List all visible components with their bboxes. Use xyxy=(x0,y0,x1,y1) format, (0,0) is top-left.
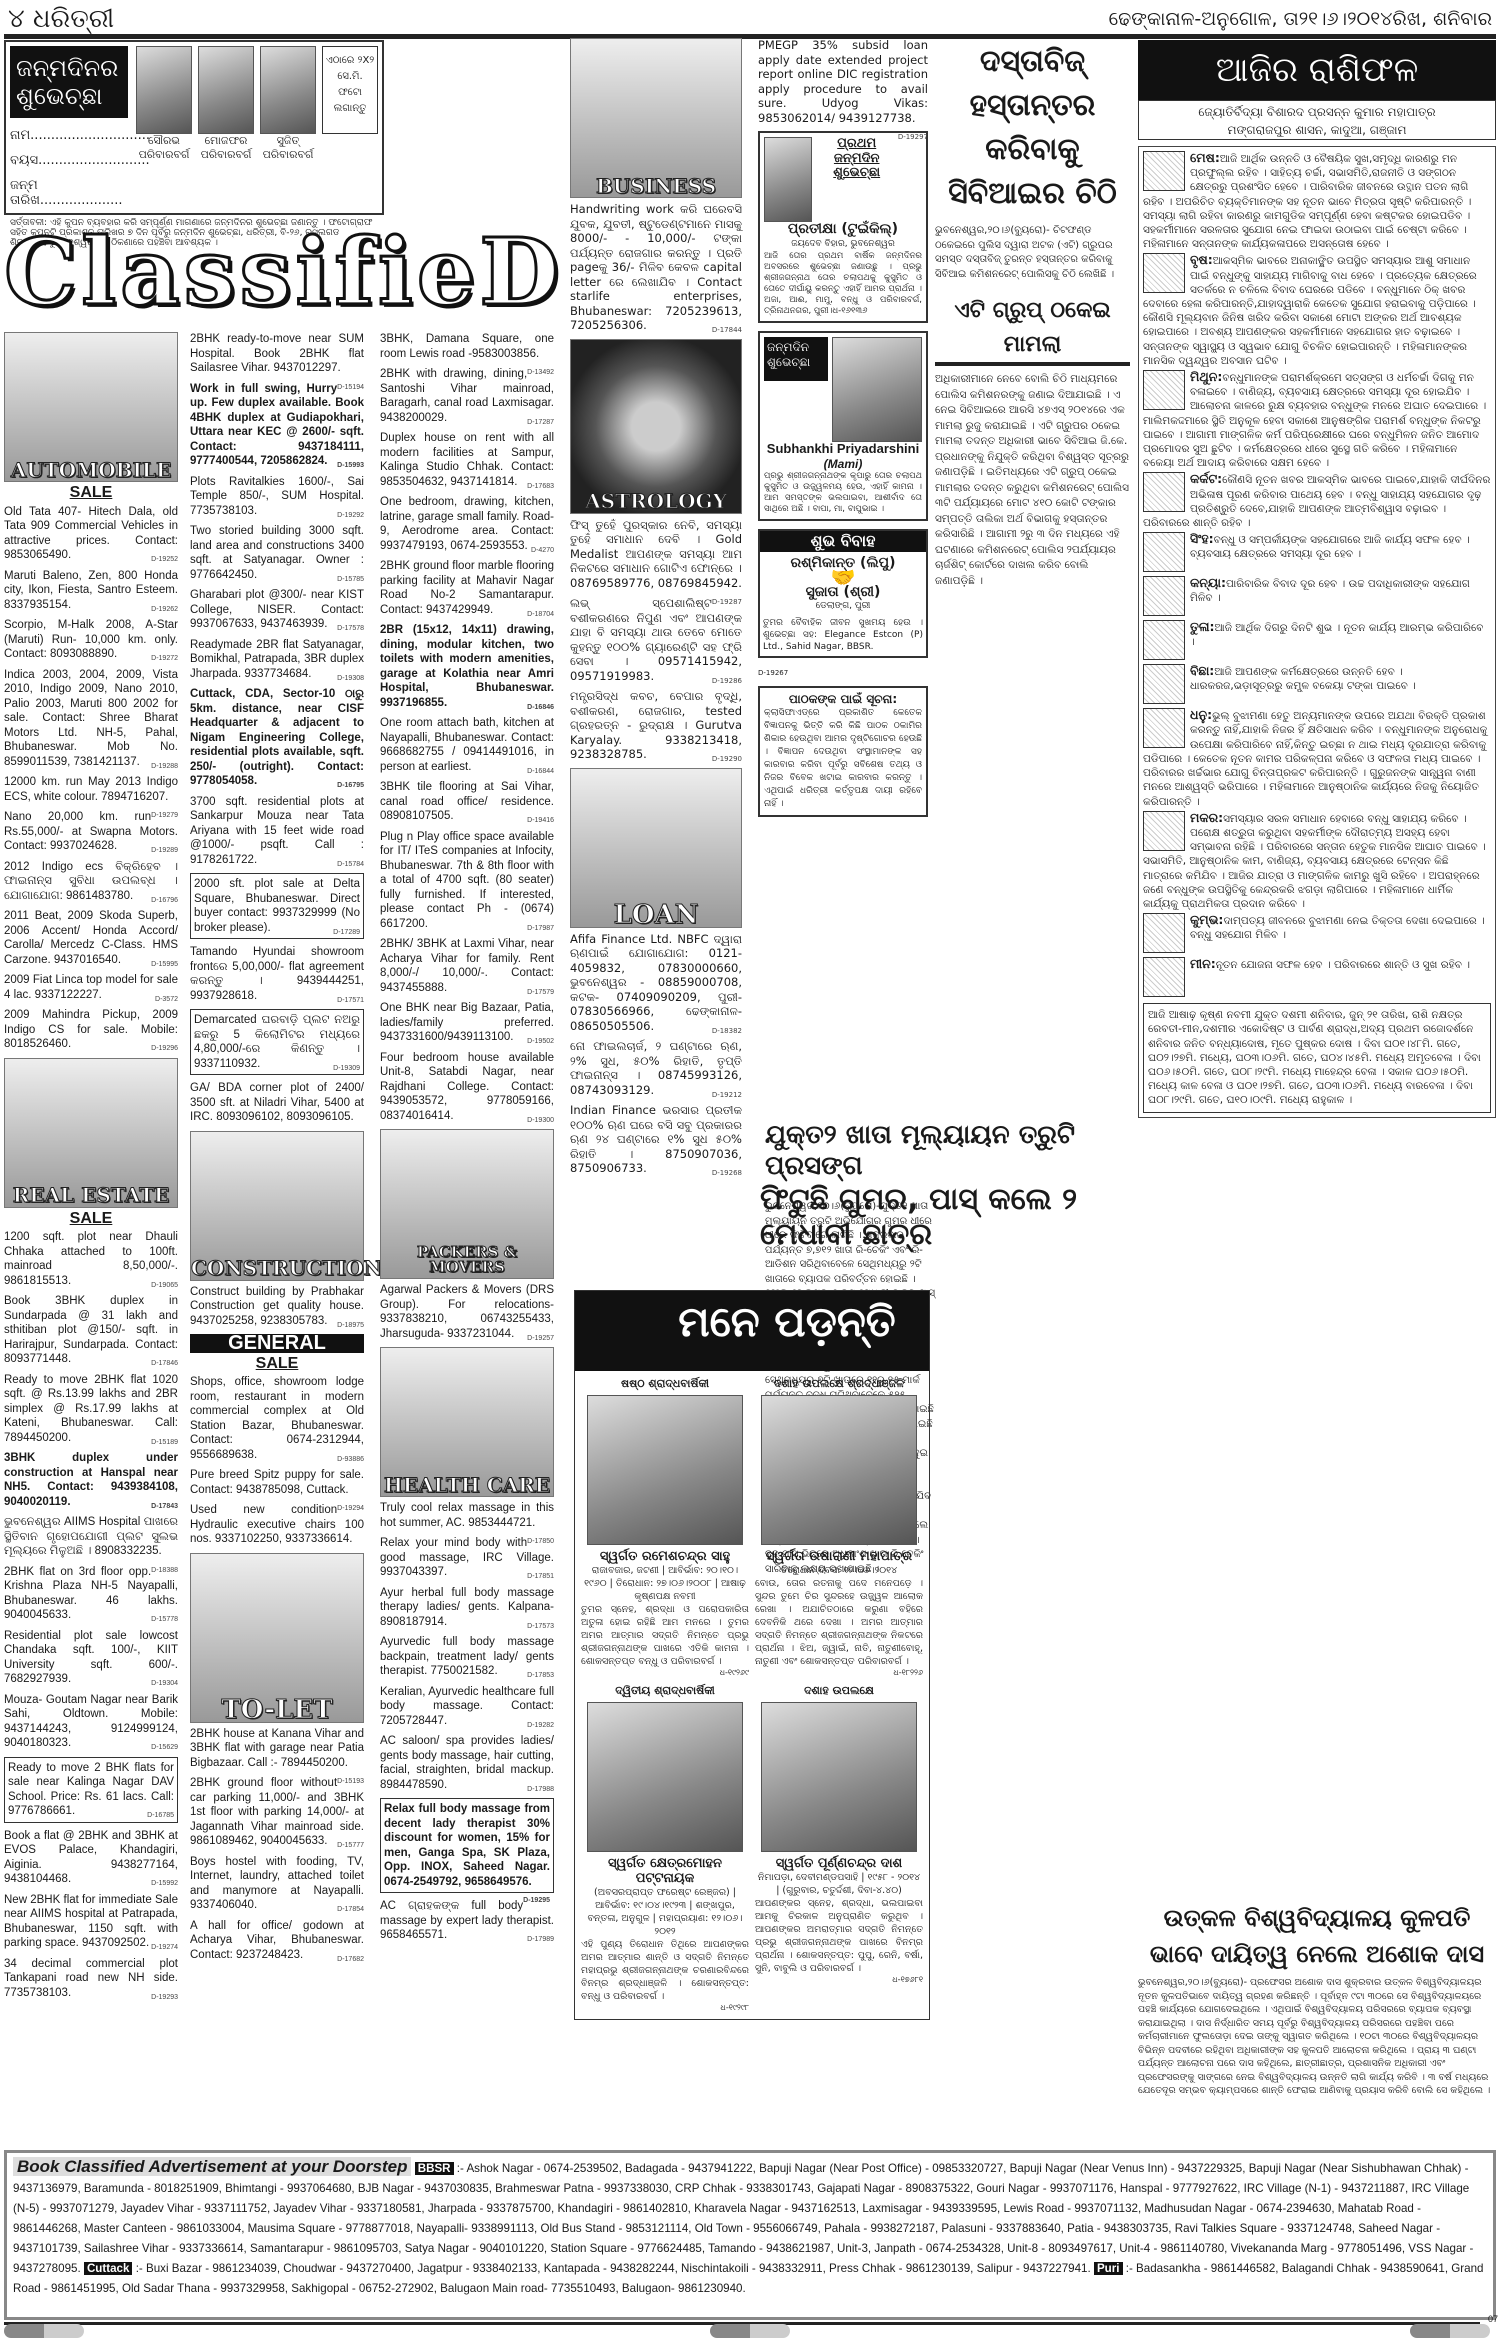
first-birthday-card: ପ୍ରଥମ ଜନ୍ମଦିନ ଶୁଭେଚ୍ଛା ପ୍ରତୀକ୍ଷା (ଟୁଇଁକି… xyxy=(758,131,928,323)
astrology-banner: ASTROLOGY xyxy=(570,339,742,514)
horoscope-sign: ମକର:ସମସ୍ୟାର ସରଳ ସମାଧାନ ହେବାରେ ବନ୍ଧୁ ସାହା… xyxy=(1143,811,1491,911)
zodiac-icon xyxy=(1143,151,1185,191)
coupon-title: ଜନ୍ମଦିନର ଶୁଭେଚ୍ଛା xyxy=(10,46,128,118)
classified-ad: 2009 Fiat Linca top model for sale 4 lac… xyxy=(4,973,178,1002)
classified-ad: Old Tata 407- Hitech Dala, old Tata 909 … xyxy=(4,505,178,563)
horoscope-title: ଆଜିର ରାଶିଫଳ xyxy=(1138,40,1496,100)
real-estate-banner: REAL ESTATE xyxy=(4,1058,178,1208)
classified-ad: ମନ୍ତ୍ରସିଦ୍ଧ କବଚ, ବେପାର ବୃଦ୍ଧି, ବଶୀକରଣ, ର… xyxy=(570,689,742,762)
classified-ad: Boys hostel with fooding, TV, Internet, … xyxy=(190,1855,364,1913)
classified-ad: Keralian, Ayurvedic healthcare full body… xyxy=(380,1685,554,1729)
horoscope-list: ମେଷ:ଆଜି ଆର୍ଥିକ ଉନ୍ନତି ଓ ବୈଷୟିକ ସୁଖ,ସମୃଦ୍… xyxy=(1138,146,1496,1118)
classified-ad: Handwriting work କରି ଘରେବସି ଯୁବକ, ଯୁବତୀ,… xyxy=(570,202,742,333)
birthday-card-2: ଜନ୍ମଦିନ ଶୁଭେଚ୍ଛା Subhankhi Priyadarshini… xyxy=(758,331,928,521)
classified-ad: 3BHK duplex under construction at Hanspa… xyxy=(4,1451,178,1509)
classified-logo: ClassifieD xyxy=(4,222,560,322)
classified-ad: ଭୁବନେଶ୍ୱର AIIMS Hospital ପାଖରେ ସ୍ଥିତିବାନ… xyxy=(4,1515,178,1559)
child-photo-2 xyxy=(198,46,254,134)
classified-ad: Relax full body massage from decent lady… xyxy=(380,1798,554,1893)
classified-ad: Gharabari plot @300/- near KIST College,… xyxy=(190,588,364,632)
classified-ad: Scorpio, M-Halk 2008, A-Star (Maruti) Ru… xyxy=(4,618,178,662)
zodiac-icon xyxy=(1143,253,1185,293)
zodiac-icon xyxy=(1143,811,1185,851)
child-photo-1 xyxy=(136,46,192,134)
horoscope-sign: କର୍କଟ:କୌଣସି ନୂତନ ଖବର ଆକସ୍ମିକ ଭାବରେ ପାଇବେ… xyxy=(1143,472,1491,530)
zodiac-icon xyxy=(1143,664,1185,704)
header-rule xyxy=(4,34,1496,39)
utkal-news: ଉତ୍କଳ ବିଶ୍ୱବିଦ୍ୟାଳୟ କୁଳପତି ଭାବେ ଦାୟିତ୍ୱ … xyxy=(1138,1900,1496,2098)
classified-ad: Mouza- Goutam Nagar near Barik Sahi, Old… xyxy=(4,1693,178,1751)
horoscope-sign: ବୃଷ:ଆକସ୍ମିକ ଭାବରେ ଅନାକାଙ୍କ୍ଷିତ ଉପସ୍ଥିତ ସ… xyxy=(1143,253,1491,368)
column-business-loan: BUSINESS Handwriting work କରି ଘରେବସି ଯୁବ… xyxy=(570,38,742,1182)
zodiac-icon xyxy=(1143,576,1185,616)
classified-ad: 2BR (15x12, 14x11) drawing, dining, modu… xyxy=(380,623,554,710)
astrologer-info: ଜ୍ୟୋତିର୍ବିଦ୍ୟା ବିଶାରଦ ପ୍ରସନ୍ନ କୁମାର ମହାପ… xyxy=(1138,100,1496,140)
classified-ad: AC saloon/ spa provides ladies/ gents bo… xyxy=(380,1734,554,1792)
classified-ad: New 2BHK flat for immediate Sale near AI… xyxy=(4,1893,178,1951)
classified-ad: Book a flat @ 2BHK and 3BHK at EVOS Pala… xyxy=(4,1829,178,1887)
obituary-entry: ଦ୍ୱିତୀୟ ଶ୍ରାଦ୍ଧବାର୍ଷିକୀ ସ୍ୱର୍ଗତ କ୍ଷେତ୍ରମ… xyxy=(581,1684,749,2013)
zodiac-icon xyxy=(1143,472,1185,512)
classified-ad: 2BHK house at Kanana Vihar and 3BHK flat… xyxy=(190,1727,364,1771)
photo-placeholder: ଏଠାରେ ୨X୨ ସେ.ମି. ଫଟୋ ଲଗାନ୍ତୁ xyxy=(322,46,378,134)
classified-ad: Ready to move 2 BHK flats for sale near … xyxy=(4,1757,178,1823)
classified-ad: One room attach bath, kitchen at Nayapal… xyxy=(380,716,554,774)
classified-ad: Ready to move 2BHK flat 1020 sqft. @ Rs.… xyxy=(4,1373,178,1446)
panjika-box: ଆଜି ଆଷାଢ଼ କୃଷ୍ଣ ନବମୀ ଯୁକ୍ତ ଦଶମୀ ଶନିବାର, … xyxy=(1143,1003,1491,1112)
classified-ad: 2009 Mahindra Pickup, 2009 Indigo CS for… xyxy=(4,1008,178,1052)
classified-ad: Book 3BHK duplex in Sundarpada @ 31 lakh… xyxy=(4,1294,178,1367)
obituary-entry: ଷଷ୍ଠ ଶ୍ରାଦ୍ଧବାର୍ଷିକୀ ସ୍ୱର୍ଗତ ରମେଶଚନ୍ଦ୍ର … xyxy=(581,1377,749,1678)
name-field: ନାମ............................. xyxy=(10,128,130,143)
classified-ad: Construct building by Prabhakar Construc… xyxy=(190,1285,364,1329)
classified-ad: Two storied building 3000 sqft. land are… xyxy=(190,524,364,582)
memorial-photo xyxy=(587,1395,743,1545)
classified-ad: 3700 sqft. residential plots at Sankarpu… xyxy=(190,795,364,868)
classified-ad: Residential plot sale lowcost Chandaka s… xyxy=(4,1629,178,1687)
construction-banner: CONSTRUCTION xyxy=(190,1131,364,1281)
classified-ad: A hall for office/ godown at Acharya Vih… xyxy=(190,1919,364,1963)
classified-ad: One BHK near Big Bazaar, Patia, ladies/f… xyxy=(380,1001,554,1045)
classified-ad: 34 decimal commercial plot Tankapani roa… xyxy=(4,1957,178,2001)
classified-ad: Tamando Hyundai showroom frontରେ 5,00,00… xyxy=(190,945,364,1003)
column-tolet-health: 3BHK, Damana Square, one room Lewis road… xyxy=(380,332,554,1949)
baby-photo xyxy=(764,137,812,222)
classified-ad: Afifa Finance Ltd. NBFC ଦ୍ୱାରା ଋଣପାଇଁ ଯୋ… xyxy=(570,932,742,1034)
horoscope-sign: କୁମ୍ଭ:ଦାମ୍ପତ୍ୟ ଜୀବନରେ ବୁଝାମଣା ନେଇ ତିକ୍ତତ… xyxy=(1143,913,1491,955)
obituary-title: ମନେ ପଡ଼ନ୍ତି xyxy=(575,1291,929,1371)
obituary-entry: ଦଶାହ ଉପଲକ୍ଷେ ସ୍ୱର୍ଗତ ପୂର୍ଣ୍ଣଚନ୍ଦ୍ର ଦାଶ ନ… xyxy=(755,1684,923,2013)
cbi-news: ଦସ୍ତାବିଜ୍ ହସ୍ତାନ୍ତର କରିବାକୁ ସିବିଆଇର ଚିଠି… xyxy=(935,40,1130,589)
handshake-icon: 🤝 xyxy=(760,570,926,585)
memorial-photo xyxy=(587,1702,743,1852)
memorial-photo xyxy=(761,1702,917,1852)
classified-ad: Shops, office, showroom lodge room, rest… xyxy=(190,1375,364,1462)
dob-field: ଜନ୍ମ ତାରିଖ.................... xyxy=(10,178,130,208)
obituary-entry: ଦଶାହ ଉପଲକ୍ଷେ ଶ୍ରଦ୍ଧାଞ୍ଜଳି ସ୍ୱର୍ଗତା ଉଷାରା… xyxy=(755,1377,923,1678)
horoscope-sign: ମିଥୁନ:ବନ୍ଧୁମାନଙ୍କ ପରାମର୍ଶକ୍ରମେ ସତ୍‌ସଙ୍ଗ … xyxy=(1143,370,1491,470)
sale-subhead: SALE xyxy=(4,486,178,501)
classified-ad: Four bedroom house available Unit-8, Sat… xyxy=(380,1051,554,1124)
to-let-banner: TO-LET xyxy=(190,1553,364,1723)
health-care-banner: HEALTH CARE xyxy=(380,1347,554,1497)
classified-ad: ନୋ ଫାଇଲଚାର୍ଜ, ୨ ଘଣ୍ଟାରେ ଋଣ, ୨% ସୁଧ, ୫୦% … xyxy=(570,1039,742,1097)
classified-ad: Truly cool relax massage in this hot sum… xyxy=(380,1501,554,1530)
classified-ad: ଫିସ୍ ତୁହେଁ ପୁରସ୍କାର ନେବି, ସମସ୍ୟା ତୁହେଁ ସ… xyxy=(570,518,742,591)
classified-ad: Cuttack, CDA, Sector-10 ଠାରୁ 5km. distan… xyxy=(190,687,364,789)
column-automobile-realestate: AUTOMOBILE SALE Old Tata 407- Hitech Dal… xyxy=(4,332,178,2006)
classified-ad: 3BHK tile flooring at Sai Vihar, canal r… xyxy=(380,780,554,824)
classified-ad: 3BHK, Damana Square, one room Lewis road… xyxy=(380,332,554,361)
packers-movers-banner: PACKERS & MOVERS xyxy=(380,1129,554,1279)
zodiac-icon xyxy=(1143,532,1185,572)
memorial-photo xyxy=(761,1395,917,1545)
automobile-banner: AUTOMOBILE xyxy=(4,332,178,482)
classified-ad: One bedroom, drawing, kitchen, latrine, … xyxy=(380,495,554,553)
classified-ad: Demarcated ଘରବାଡ଼ି ପ୍ଲଟ ନଅରୁ ଛକରୁ 5 କିଲୋ… xyxy=(190,1009,364,1075)
classified-ad: 2BHK/ 3BHK at Laxmi Vihar, near Acharya … xyxy=(380,937,554,995)
column-greetings: PMEGP 35% subsid loan apply date extende… xyxy=(758,38,928,825)
general-header: GENERAL xyxy=(190,1334,364,1353)
classified-ad: Plug n Play office space available for I… xyxy=(380,830,554,932)
business-banner: BUSINESS xyxy=(570,38,742,198)
classified-ad: Maruti Baleno, Zen, 800 Honda city, Ikon… xyxy=(4,569,178,613)
classified-ad: Indica 2003, 2004, 2009, Vista 2010, Ind… xyxy=(4,668,178,770)
classified-ad: Agarwal Packers & Movers (DRS Group). Fo… xyxy=(380,1283,554,1341)
classified-ad: Ayurvedic full body massage backpain, tr… xyxy=(380,1635,554,1679)
horoscope-sign: ତୁଳା:ଆଜି ଆର୍ଥିକ ଦିଗରୁ ଦିନଟି ଶୁଭ । ନୂତନ କ… xyxy=(1143,620,1491,662)
zodiac-icon xyxy=(1143,620,1185,660)
girl-photo xyxy=(832,337,922,442)
horoscope-sign: ସିଂହ:ବନ୍ଧୁ ଓ ସମ୍ପର୍କୀୟଙ୍କ ସହଯୋଗରେ ଆଜି କା… xyxy=(1143,532,1491,574)
classified-ad: Pure breed Spitz puppy for sale. Contact… xyxy=(190,1468,364,1497)
obituary-block: ମନେ ପଡ଼ନ୍ତି ଷଷ୍ଠ ଶ୍ରାଦ୍ଧବାର୍ଷିକୀ ସ୍ୱର୍ଗତ… xyxy=(574,1290,930,2020)
zodiac-icon xyxy=(1143,370,1185,410)
wedding-card: ଶୁଭ ବିବାହ ରଶ୍ମିକାନ୍ତ (ଲିପୁ) 🤝 ସୁଜାତା (ଶ୍… xyxy=(758,529,928,658)
reader-notice: ପାଠକଙ୍କ ପାଇଁ ସୂଚନା: କ୍ଲାସିଫାଏଡ୍‌ରେ ପ୍ରକା… xyxy=(758,686,928,817)
age-field: ବୟସ........................... xyxy=(10,153,130,168)
cbi-headline: ଦସ୍ତାବିଜ୍ ହସ୍ତାନ୍ତର କରିବାକୁ ସିବିଆଇର ଚିଠି xyxy=(935,40,1130,216)
classified-ad: 2011 Beat, 2009 Skoda Superb, 2006 Accen… xyxy=(4,909,178,967)
horoscope-sign: ମେଷ:ଆଜି ଆର୍ଥିକ ଉନ୍ନତି ଓ ବୈଷୟିକ ସୁଖ,ସମୃଦ୍… xyxy=(1143,151,1491,251)
classified-ad: Duplex house on rent with all modern fac… xyxy=(380,431,554,489)
loan-banner: LOAN xyxy=(570,768,742,928)
horoscope-sign: କନ୍ୟା:ପାରିବାରିକ ବିବାଦ ଦୂର ହେବ । ଉଚ୍ଚ ପଦା… xyxy=(1143,576,1491,618)
horoscope-sign: ବିଛା:ଆଜି ଆପଣଙ୍କ କର୍ମକ୍ଷେତ୍ରରେ ଉନ୍ନତି ହେବ… xyxy=(1143,664,1491,706)
classified-ad: 2000 sft. plot sale at Delta Square, Bhu… xyxy=(190,873,364,939)
zodiac-icon xyxy=(1143,708,1185,748)
classified-ad: 2BHK ground floor marble flooring parkin… xyxy=(380,559,554,617)
horoscope-sign: ମୀନ:ନୂତନ ଯୋଜନା ସଫଳ ହେବ । ପରିବାରରେ ଶାନ୍ତି… xyxy=(1143,957,1491,999)
child-photo-3 xyxy=(260,46,316,134)
booking-title: Book Classified Advertisement at your Do… xyxy=(13,2157,411,2176)
horoscope-sign: ଧନୁ:ଭୁଲ୍ ବୁଝାମଣା ହେତୁ ଅନ୍ୟମାନଙ୍କ ଉପରେ ଅଯ… xyxy=(1143,708,1491,808)
column-property-general: 2BHK ready-to-move near SUM Hospital. Bo… xyxy=(190,332,364,1968)
classified-ad: Ayur herbal full body massage therapy la… xyxy=(380,1586,554,1630)
classified-ad: 2012 Indigo ecs ବିକ୍ରିହେବ । ଫାଇନାନ୍ସ ସୁବ… xyxy=(4,860,178,904)
classified-ad: 2BHK ready-to-move near SUM Hospital. Bo… xyxy=(190,332,364,376)
pmegp-ad: PMEGP 35% subsid loan apply date extende… xyxy=(758,38,928,125)
classified-ad: 12000 km. run May 2013 Indigo ECS, white… xyxy=(4,775,178,804)
classified-ad: Readymade 2BR flat Satyanagar, Bomikhal,… xyxy=(190,638,364,682)
page-label: ୪ ଧରିତ୍ରୀ xyxy=(8,4,114,35)
edition-date: ଢେଙ୍କାନାଳ-ଅନୁଗୋଳ, ତା୨୧।୬।୨୦୧୪ରିଖ, ଶନିବାର xyxy=(1109,8,1492,30)
booking-box: Book Classified Advertisement at your Do… xyxy=(4,2150,1496,2320)
classified-ad: 1200 sqft. plot near Dhauli Chhaka attac… xyxy=(4,1230,178,1288)
birthday-coupon: ଜନ୍ମଦିନର ଶୁଭେଚ୍ଛା ନାମ...................… xyxy=(4,40,384,215)
zodiac-icon xyxy=(1143,913,1185,953)
classified-ad: GA/ BDA corner plot of 2400/ 3500 sft. a… xyxy=(190,1081,364,1125)
zodiac-icon xyxy=(1143,957,1185,997)
classified-ad: Plots Ravitalkies 1600/-, Sai Temple 850… xyxy=(190,475,364,519)
page-number: 07 xyxy=(1488,2314,1498,2324)
